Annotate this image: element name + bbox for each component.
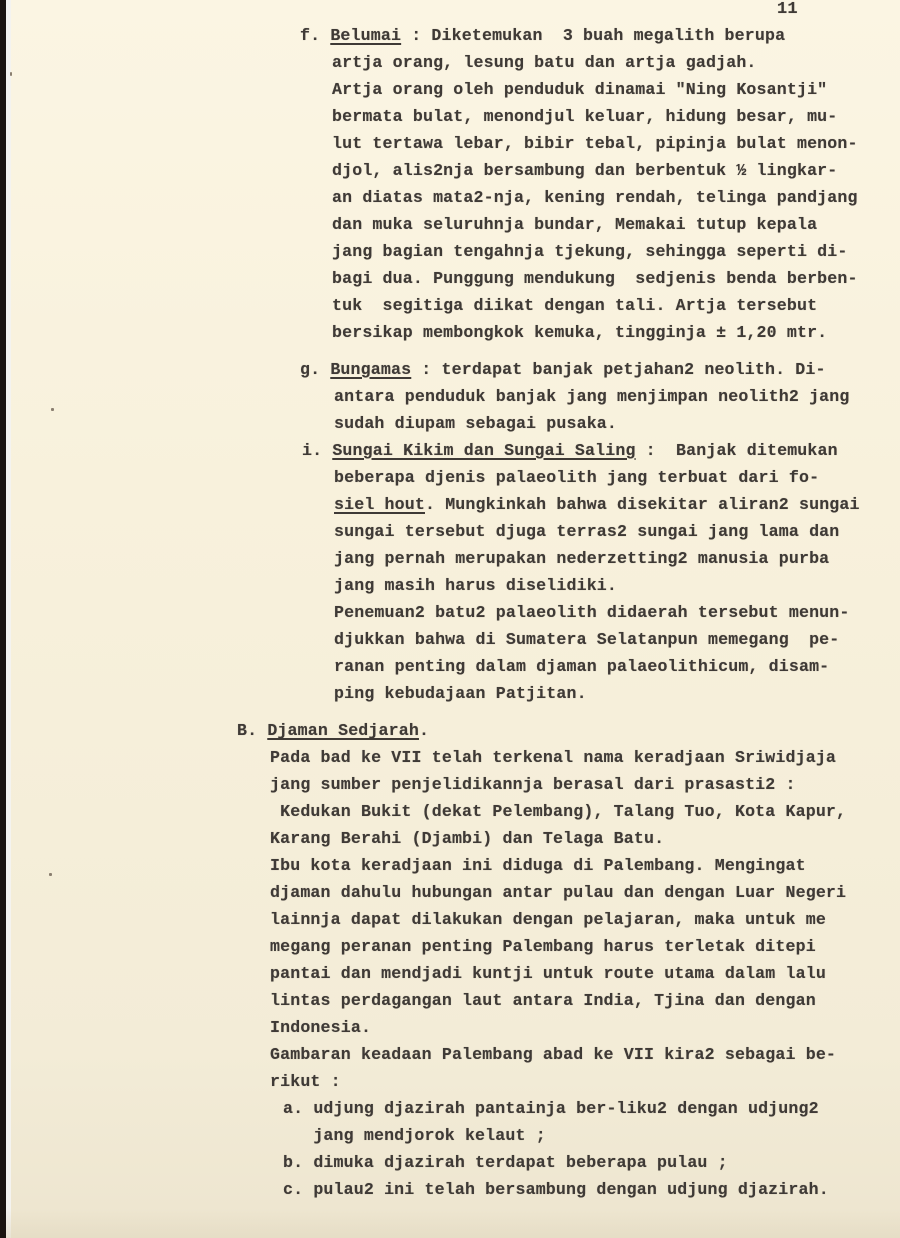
section-f-heading: f. Belumai : Diketemukan 3 buah megalith… <box>300 26 785 45</box>
section-f-line: bagi dua. Punggung mendukung sedjenis be… <box>332 269 858 288</box>
section-i-line: ping kebudajaan Patjitan. <box>334 684 587 703</box>
section-f-line: jang bagian tengahnja tjekung, sehingga … <box>332 242 848 261</box>
section-g-line: antara penduduk banjak jang menjimpan ne… <box>334 387 850 406</box>
section-f-line: dan muka seluruhnja bundar, Memakai tutu… <box>332 215 817 234</box>
section-f-marker: f. <box>300 26 320 45</box>
section-f-line: tuk segitiga diikat dengan tali. Artja t… <box>332 296 817 315</box>
section-B-line: Gambaran keadaan Palembang abad ke VII k… <box>270 1045 836 1064</box>
section-i-line: jang pernah merupakan nederzetting2 manu… <box>334 549 829 568</box>
section-B-line: megang peranan penting Palembang harus t… <box>270 937 816 956</box>
section-g-heading: g. Bungamas : terdapat banjak petjahan2 … <box>300 360 826 379</box>
section-i-line: djukkan bahwa di Sumatera Selatanpun mem… <box>334 630 839 649</box>
section-f-title: Belumai <box>330 26 401 45</box>
paper-speck <box>49 873 52 876</box>
section-i-heading: i. Sungai Kikim dan Sungai Saling : Banj… <box>302 441 838 460</box>
section-g-line: sudah diupam sebagai pusaka. <box>334 414 617 433</box>
section-f-line: djol, alis2nja bersambung dan berbentuk … <box>332 161 837 180</box>
section-B-line: Kedukan Bukit (dekat Pelembang), Talang … <box>270 802 846 821</box>
underlined-term: siel hout <box>334 495 425 514</box>
section-f-line: artja orang, lesung batu dan artja gadja… <box>332 53 757 72</box>
section-f-line: Artja orang oleh penduduk dinamai "Ning … <box>332 80 827 99</box>
list-item-a: a. udjung djazirah pantainja ber-liku2 d… <box>283 1099 819 1118</box>
paper-speck <box>51 408 54 411</box>
section-B-line: djaman dahulu hubungan antar pulau dan d… <box>270 883 846 902</box>
section-f-line: : Diketemukan 3 buah megalith berupa <box>401 26 785 45</box>
section-i-line: Penemuan2 batu2 palaeolith didaerah ters… <box>334 603 850 622</box>
section-f-line: an diatas mata2-nja, kening rendah, teli… <box>332 188 858 207</box>
section-B-line: Ibu kota keradjaan ini diduga di Palemba… <box>270 856 806 875</box>
paper-speck <box>10 72 12 76</box>
page-shadow <box>6 1208 900 1238</box>
section-B-line: jang sumber penjelidikannja berasal dari… <box>270 775 796 794</box>
page-number: 11 <box>777 0 798 19</box>
section-i-title: Sungai Kikim dan Sungai Saling <box>332 441 635 460</box>
section-g-line: : terdapat banjak petjahan2 neolith. Di- <box>411 360 825 379</box>
page-edge <box>6 0 11 1238</box>
section-i-line: sungai tersebut djuga terras2 sungai jan… <box>334 522 839 541</box>
list-item-a-cont: jang mendjorok kelaut ; <box>283 1126 546 1145</box>
section-B-line: Indonesia. <box>270 1018 371 1037</box>
section-i-line: jang masih harus diselidiki. <box>334 576 617 595</box>
section-i-marker: i. <box>302 441 322 460</box>
section-f-line: bersikap membongkok kemuka, tingginja ± … <box>332 323 827 342</box>
section-i-line: siel hout. Mungkinkah bahwa disekitar al… <box>334 495 860 514</box>
section-B-title: Djaman Sedjarah <box>267 721 419 740</box>
section-B-line: Pada bad ke VII telah terkenal nama kera… <box>270 748 836 767</box>
section-i-line: : Banjak ditemukan <box>636 441 838 460</box>
section-i-line: ranan penting dalam djaman palaeolithicu… <box>334 657 829 676</box>
section-f-line: lut tertawa lebar, bibir tebal, pipinja … <box>332 134 858 153</box>
section-B-line: lainnja dapat dilakukan dengan pelajaran… <box>270 910 826 929</box>
section-B-line: Karang Berahi (Djambi) dan Telaga Batu. <box>270 829 664 848</box>
section-B-line: lintas perdagangan laut antara India, Tj… <box>270 991 816 1010</box>
section-g-title: Bungamas <box>330 360 411 379</box>
section-B-heading: B. Djaman Sedjarah. <box>237 721 429 740</box>
section-f-line: bermata bulat, menondjul keluar, hidung … <box>332 107 837 126</box>
section-i-line: beberapa djenis palaeolith jang terbuat … <box>334 468 819 487</box>
section-B-line: pantai dan mendjadi kuntji untuk route u… <box>270 964 826 983</box>
list-item-b: b. dimuka djazirah terdapat beberapa pul… <box>283 1153 728 1172</box>
list-item-c: c. pulau2 ini telah bersambung dengan ud… <box>283 1180 829 1199</box>
section-B-marker: B. <box>237 721 257 740</box>
section-B-line: rikut : <box>270 1072 341 1091</box>
section-g-marker: g. <box>300 360 320 379</box>
